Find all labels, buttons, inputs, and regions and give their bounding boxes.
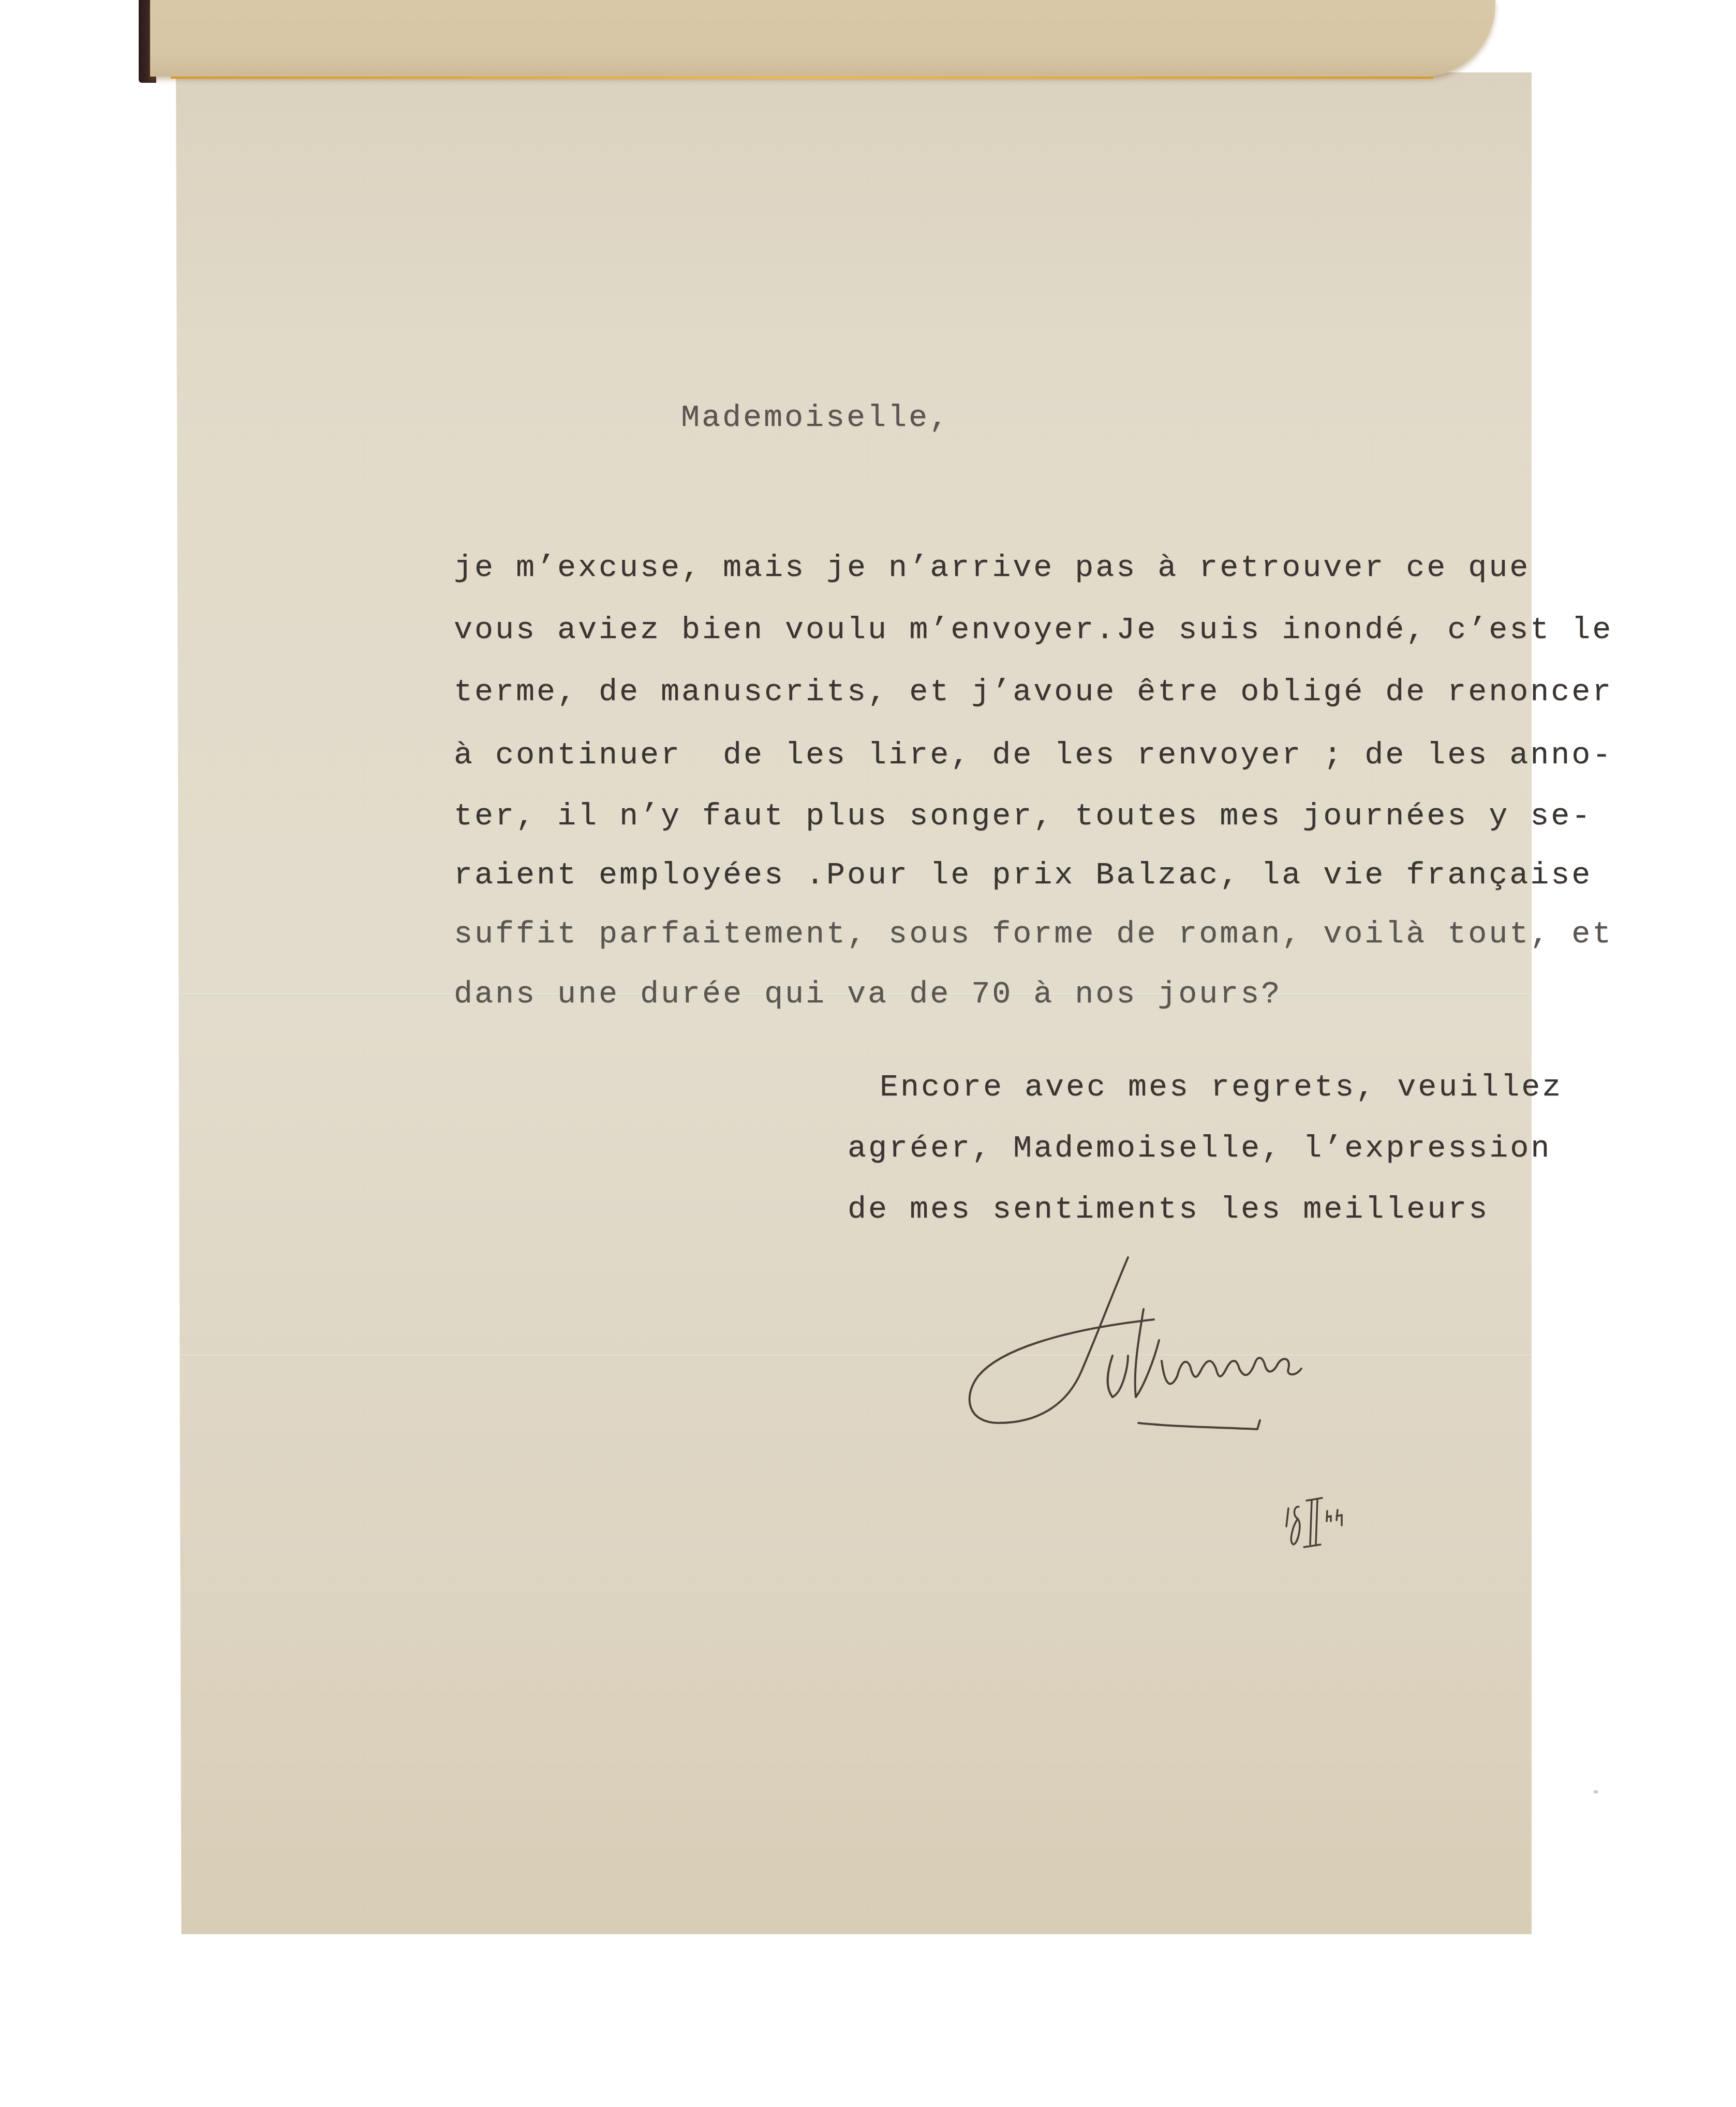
handwritten-signature [957, 1252, 1433, 1438]
handwritten-date: 18 II 44 [1283, 1495, 1356, 1552]
body-line: suffit parfaitement, sous forme de roman… [454, 919, 1613, 950]
ink-speck [1594, 1790, 1598, 1793]
body-line: terme, de manuscrits, et j’avoue être ob… [454, 677, 1613, 708]
body-line: à continuer de les lire, de les renvoyer… [454, 740, 1613, 771]
closing-line: Encore avec mes regrets, veuillez [859, 1072, 1563, 1103]
letter-content: Mademoiselle, je m’excuse, mais je n’arr… [0, 0, 1736, 2107]
closing-line: agréer, Mademoiselle, l’expression [848, 1133, 1551, 1164]
body-line: vous aviez bien voulu m’envoyer.Je suis … [454, 615, 1613, 646]
body-line: dans une durée qui va de 70 à nos jours? [454, 979, 1282, 1010]
body-line: je m’excuse, mais je n’arrive pas à retr… [454, 553, 1530, 584]
body-line: raient employées .Pour le prix Balzac, l… [454, 860, 1592, 891]
closing-line: de mes sentiments les meilleurs [848, 1194, 1489, 1225]
salutation: Mademoiselle, [681, 403, 950, 434]
body-line: ter, il n’y faut plus songer, toutes mes… [454, 801, 1592, 832]
